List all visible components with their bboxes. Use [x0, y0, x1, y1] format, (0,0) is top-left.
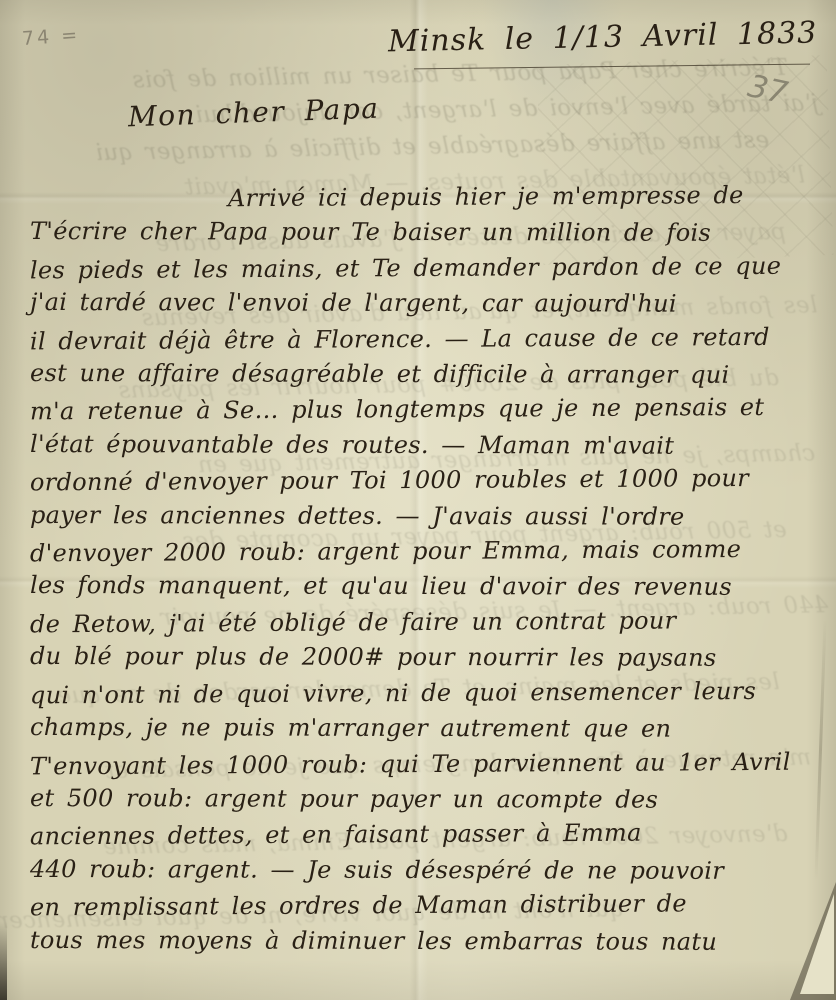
letter-page: T'écrire cher Papa pour Te baiser un mil…	[0, 0, 836, 1000]
letter-line: en remplissant les ordres de Maman distr…	[30, 886, 816, 926]
handwriting-layer: Minsk le 1/13 Avril 1833 Mon cher Papa A…	[0, 0, 836, 1000]
letter-line: ordonné d'envoyer pour Toi 1000 roubles …	[30, 461, 816, 501]
letter-line: T'envoyant les 1000 roub: qui Te parvien…	[30, 744, 816, 784]
dateline-underline	[414, 64, 810, 70]
letter-line: tous mes moyens à diminuer les embarras …	[30, 923, 816, 960]
letter-line: 440 roub: argent. — Je suis désespéré de…	[30, 852, 816, 889]
salutation: Mon cher Papa	[128, 92, 380, 134]
letter-body: Arrivé ici depuis hier je m'empresse de …	[30, 180, 816, 959]
letter-line: m'a retenue à Se… plus longtemps que je …	[30, 390, 816, 430]
letter-line: du blé pour plus de 2000# pour nourrir l…	[30, 639, 816, 676]
letter-line: de Retow, j'ai été obligé de faire un co…	[30, 602, 816, 642]
letter-line: et 500 roub: argent pour payer un acompt…	[30, 781, 816, 818]
letter-line: il devrait déjà être à Florence. — La ca…	[30, 319, 816, 359]
letter-line: d'envoyer 2000 roub: argent pour Emma, m…	[30, 532, 816, 572]
letter-line: les pieds et les mains, et Te demander p…	[30, 248, 816, 288]
letter-line: champs, je ne puis m'arranger autrement …	[30, 710, 816, 747]
letter-line: anciennes dettes, et en faisant passer à…	[30, 815, 816, 855]
letter-line: T'écrire cher Papa pour Te baiser un mil…	[30, 214, 816, 251]
letter-line: est une affaire désagréable et difficile…	[30, 356, 816, 393]
letter-line: les fonds manquent, et qu'au lieu d'avoi…	[30, 568, 816, 605]
letter-line: j'ai tardé avec l'envoi de l'argent, car…	[30, 285, 816, 322]
letter-line: qui n'ont ni de quoi vivre, ni de quoi e…	[30, 673, 816, 713]
letter-line: Arrivé ici depuis hier je m'empresse de	[30, 178, 816, 218]
dateline: Minsk le 1/13 Avril 1833	[388, 16, 809, 60]
letter-line: payer les anciennes dettes. — J'avais au…	[30, 498, 816, 535]
letter-line: l'état épouvantable des routes. — Maman …	[30, 427, 816, 464]
folded-corner-paper	[800, 894, 834, 994]
scan-edge-dark-strip	[0, 922, 7, 1000]
